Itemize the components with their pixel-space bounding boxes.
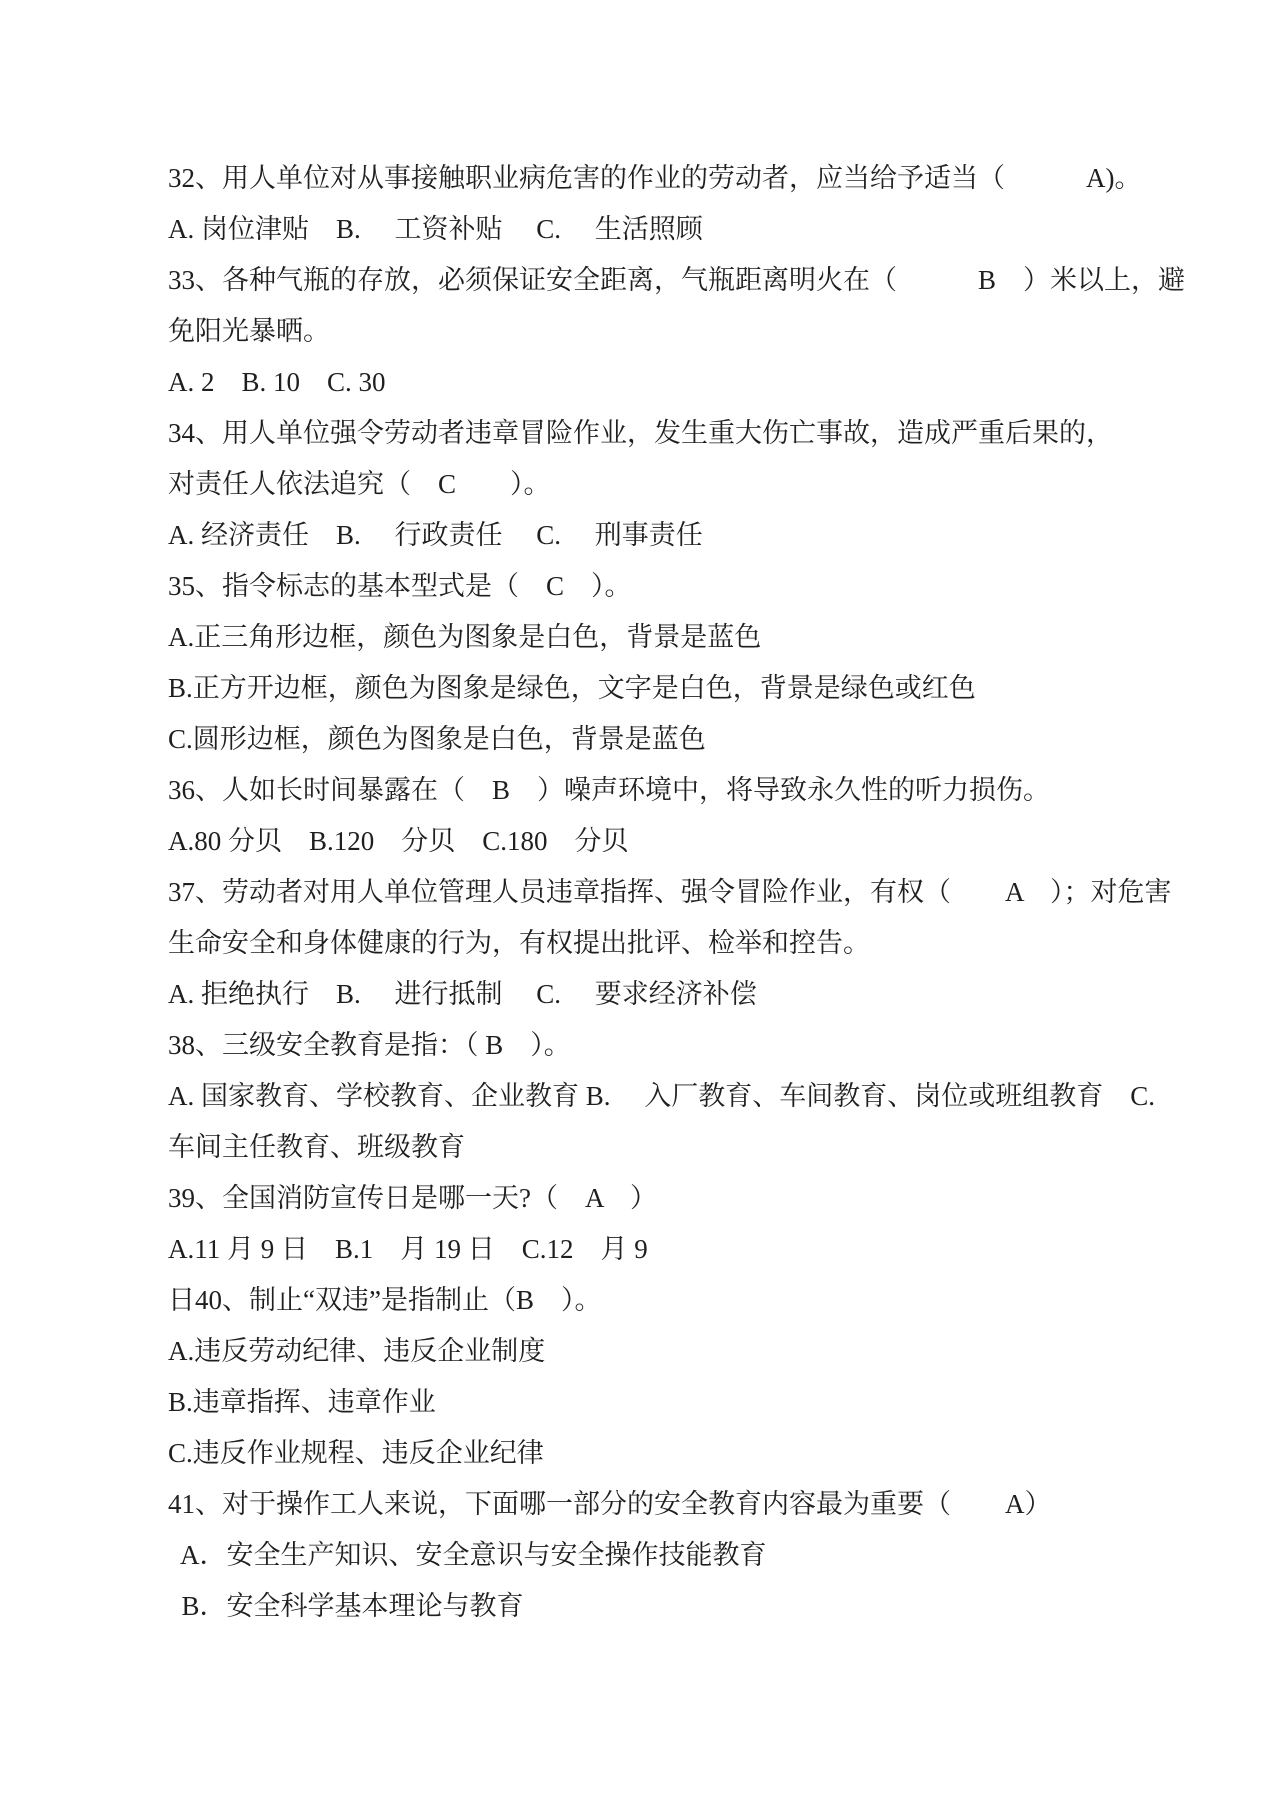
question-35-line-3: B.正方开边框，颜色为图象是绿色，文字是白色，背景是绿色或红色 (168, 663, 1194, 714)
question-35-line-2: A.正三角形边框，颜色为图象是白色，背景是蓝色 (168, 612, 1194, 663)
question-40-line-3: B.违章指挥、违章作业 (168, 1377, 1194, 1428)
question-35-line-1: 35、指令标志的基本型式是（ C ）。 (168, 561, 1194, 612)
question-33-line-3: A. 2 B. 10 C. 30 (168, 357, 1194, 408)
document-body: 32、用人单位对从事接触职业病危害的作业的劳动者，应当给予适当（ A)。A. 岗… (168, 153, 1194, 1632)
question-39-line-2: A.11 月 9 日 B.1 月 19 日 C.12 月 9 (168, 1224, 1194, 1275)
question-32-line-2: A. 岗位津贴 B. 工资补贴 C. 生活照顾 (168, 204, 1194, 255)
question-37-line-2: 生命安全和身体健康的行为，有权提出批评、检举和控告。 (168, 918, 1194, 969)
question-32-line-1: 32、用人单位对从事接触职业病危害的作业的劳动者，应当给予适当（ A)。 (168, 153, 1194, 204)
question-39-line-1: 39、全国消防宣传日是哪一天?（ A ） (168, 1173, 1194, 1224)
question-40-line-2: A.违反劳动纪律、违反企业制度 (168, 1326, 1194, 1377)
question-33-line-1: 33、各种气瓶的存放，必须保证安全距离，气瓶距离明火在（ B ）米以上，避 (168, 255, 1194, 306)
question-41-line-2: A．安全生产知识、安全意识与安全操作技能教育 (168, 1530, 1194, 1581)
question-38-line-2: A. 国家教育、学校教育、企业教育 B. 入厂教育、车间教育、岗位或班组教育 C… (168, 1071, 1194, 1122)
question-37-line-1: 37、劳动者对用人单位管理人员违章指挥、强令冒险作业，有权（ A ）；对危害 (168, 867, 1194, 918)
question-40-line-1: 日40、制止“双违”是指制止（B ）。 (168, 1275, 1194, 1326)
question-41-line-1: 41、对于操作工人来说，下面哪一部分的安全教育内容最为重要（ A） (168, 1479, 1194, 1530)
question-33-line-2: 免阳光暴晒。 (168, 306, 1194, 357)
question-40-line-4: C.违反作业规程、违反企业纪律 (168, 1428, 1194, 1479)
question-36-line-1: 36、人如长时间暴露在（ B ）噪声环境中，将导致永久性的听力损伤。 (168, 765, 1194, 816)
question-41-line-3: B．安全科学基本理论与教育 (168, 1581, 1194, 1632)
question-38-line-3: 车间主任教育、班级教育 (168, 1122, 1194, 1173)
question-34-line-2: 对责任人依法追究（ C ）。 (168, 459, 1194, 510)
question-36-line-2: A.80 分贝 B.120 分贝 C.180 分贝 (168, 816, 1194, 867)
document-page: 32、用人单位对从事接触职业病危害的作业的劳动者，应当给予适当（ A)。A. 岗… (0, 0, 1274, 1804)
question-37-line-3: A. 拒绝执行 B. 进行抵制 C. 要求经济补偿 (168, 969, 1194, 1020)
question-38-line-1: 38、三级安全教育是指：（ B ）。 (168, 1020, 1194, 1071)
question-34-line-3: A. 经济责任 B. 行政责任 C. 刑事责任 (168, 510, 1194, 561)
question-35-line-4: C.圆形边框，颜色为图象是白色，背景是蓝色 (168, 714, 1194, 765)
question-34-line-1: 34、用人单位强令劳动者违章冒险作业，发生重大伤亡事故，造成严重后果的， (168, 408, 1194, 459)
